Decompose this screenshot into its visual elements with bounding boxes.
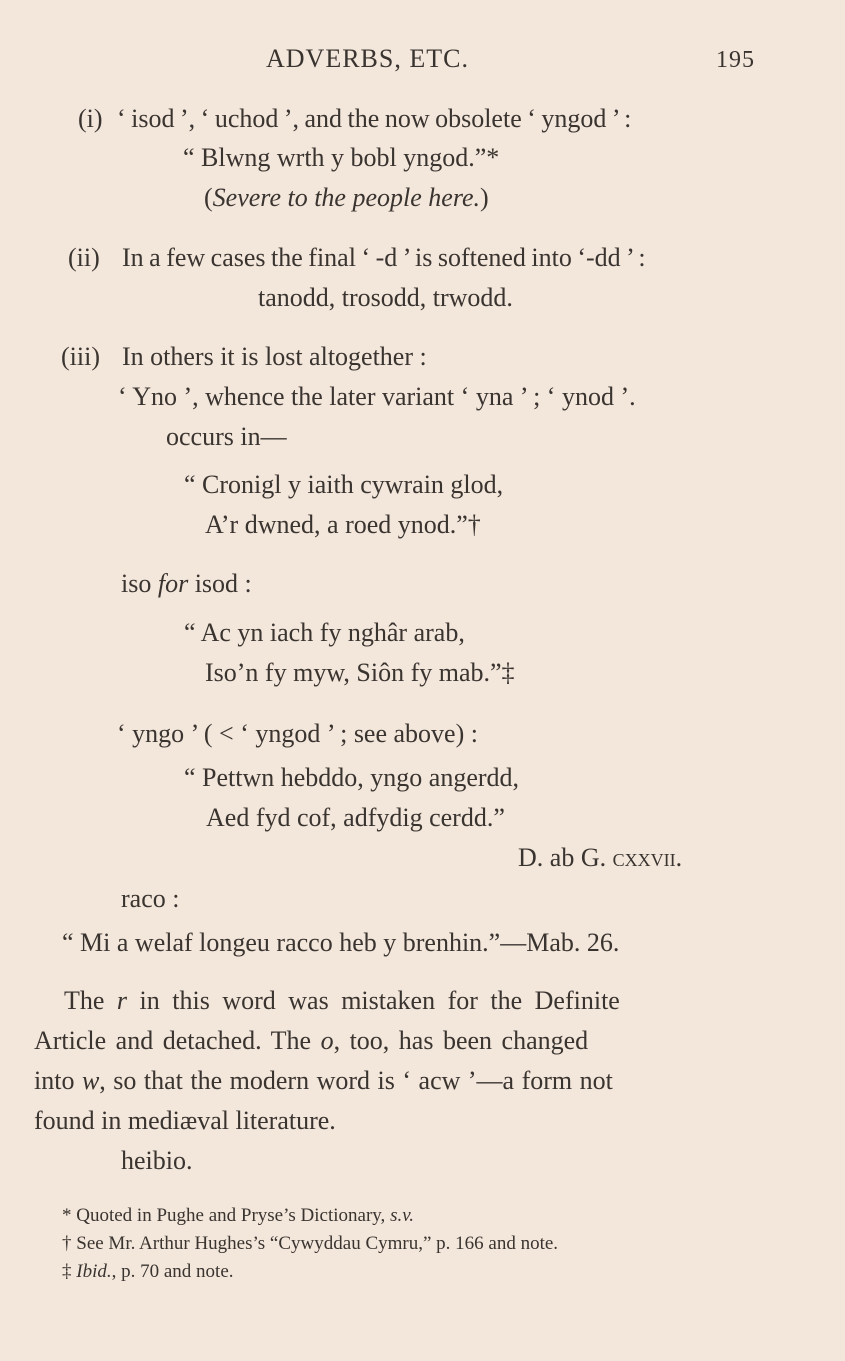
heibio: heibio. [121, 1146, 193, 1176]
section-ii-label: (ii) [68, 243, 100, 273]
raco-label: raco : [121, 884, 179, 914]
occurs-in: occurs in— [166, 422, 287, 452]
section-iii-label: (iii) [61, 342, 100, 372]
footnote-mark: † [62, 1233, 72, 1254]
footnote-3: ‡ Ibid., p. 70 and note. [62, 1261, 234, 1283]
quote1-line2: A’r dwned, a roed ynod.”† [205, 510, 481, 540]
section-i-translation: (Severe to the people here.) [204, 183, 489, 213]
section-i-quote: “ Blwng wrth y bobl yngod.”* [183, 143, 499, 173]
paragraph-line-2: Article and detached. The o, too, has be… [34, 1026, 588, 1056]
footnote-mark: * [62, 1205, 72, 1226]
footnote-1: * Quoted in Pughe and Pryse’s Dictionary… [62, 1205, 414, 1227]
raco-quote: “ Mi a welaf longeu racco heb y brenhin.… [62, 928, 619, 958]
section-ii-examples: tanodd, trosodd, trwodd. [258, 283, 513, 313]
book-page: ADVERBS, ETC. 195 (i) ‘ isod ’, ‘ uchod … [0, 0, 845, 1361]
for-italic: for [158, 569, 188, 598]
section-i-text: ‘ isod ’, ‘ uchod ’, and the now obsolet… [117, 104, 631, 134]
quote3-line2: Aed fyd cof, adfydig cerdd.” [206, 803, 505, 833]
paragraph-line-1: The r in this word was mistaken for the … [64, 986, 620, 1016]
section-iii-text: In others it is lost altogether : [122, 342, 427, 372]
footnote-mark: ‡ [62, 1261, 72, 1282]
yno-line: ‘ Yno ’, whence the later variant ‘ yna … [118, 382, 636, 412]
paragraph-line-4: found in mediæval literature. [34, 1106, 336, 1136]
quote1-line1: “ Cronigl y iaith cywrain glod, [184, 470, 503, 500]
running-title: ADVERBS, ETC. [266, 44, 469, 74]
page-number: 195 [716, 47, 755, 74]
section-ii-text: In a few cases the final ‘ -d ’ is softe… [122, 243, 646, 273]
quote3-source: D. ab G. cxxvii. [518, 843, 682, 873]
quote2-line1: “ Ac yn iach fy nghâr arab, [184, 618, 465, 648]
section-i-label: (i) [78, 104, 103, 134]
yngo-line: ‘ yngo ’ ( < ‘ yngod ’ ; see above) : [117, 719, 478, 749]
paragraph-line-3: into w, so that the modern word is ‘ acw… [34, 1066, 613, 1096]
footnote-2: † See Mr. Arthur Hughes’s “Cywyddau Cymr… [62, 1233, 558, 1255]
quote2-line2: Iso’n fy myw, Siôn fy mab.”‡ [205, 658, 515, 688]
quote3-line1: “ Pettwn hebddo, yngo angerdd, [184, 763, 519, 793]
iso-line: iso for isod : [121, 569, 252, 599]
translation-italic: Severe to the people here. [213, 183, 480, 212]
